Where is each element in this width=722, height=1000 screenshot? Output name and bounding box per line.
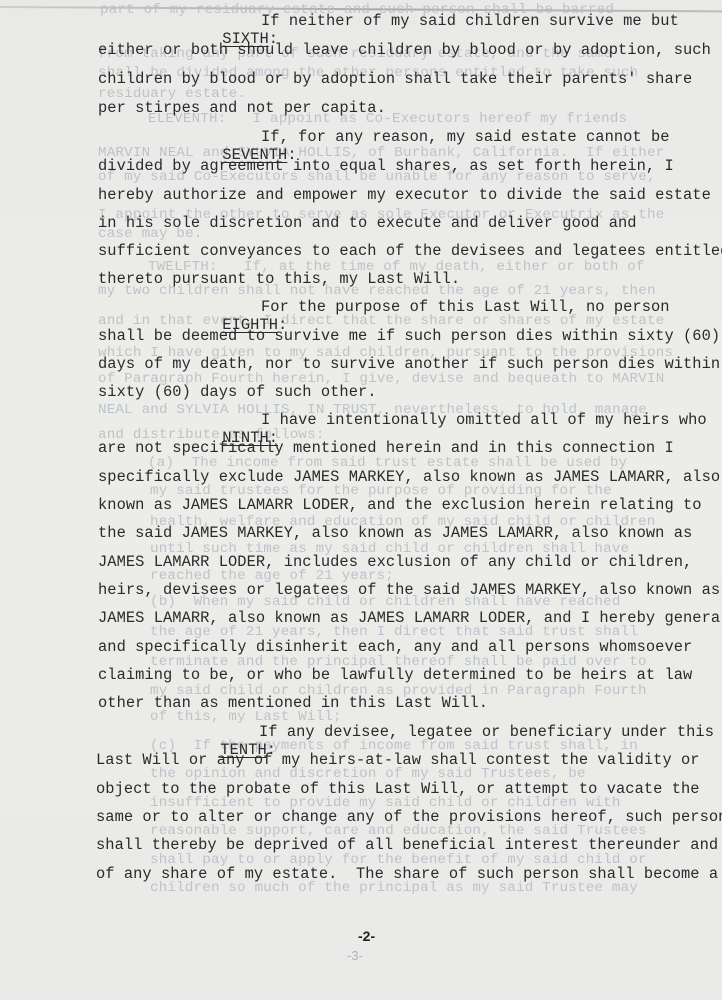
paragraph-line: Last Will or any of my heirs-at-law shal… [96,751,700,769]
paragraph-line: I have intentionally omitted all of my h… [261,411,707,429]
paragraph-line: shall thereby be deprived of all benefic… [96,836,718,854]
page-number: -2- [358,928,375,944]
paragraph-line: of any share of my estate. The share of … [96,865,718,883]
paragraph-line: are not specifically mentioned herein an… [98,439,674,457]
paragraph-line: If, for any reason, my said estate canno… [261,128,670,146]
paragraph-line: per stirpes and not per capita. [98,99,386,117]
paragraph-line: specifically exclude JAMES MARKEY, also … [98,468,720,486]
paragraph-line: days of my death, nor to survive another… [98,355,720,373]
paragraph-line: children by blood or by adoption shall t… [98,70,692,88]
paragraph-line: JAMES LAMARR, also known as JAMES LAMARR… [98,609,722,627]
paragraph-line: claiming to be, or who be lawfully deter… [98,666,692,684]
paragraph-line: object to the probate of this Last Will,… [96,780,700,798]
paragraph-line: divided by agreement into equal shares, … [98,157,674,175]
paragraph-line: sixty (60) days of such other. [98,383,377,401]
paragraph-line: the said JAMES MARKEY, also known as JAM… [98,524,692,542]
paragraph-line: If any devisee, legatee or beneficiary u… [259,723,714,741]
paragraph-line: known as JAMES LAMARR LODER, and the exc… [98,496,702,514]
bleed-through-page-number: -3- [347,948,363,963]
paragraph-line: either or both should leave children by … [98,41,711,59]
paragraph-line: heirs, devisees or legatees of the said … [98,581,720,599]
paragraph-line: sufficient conveyances to each of the de… [98,242,722,260]
paragraph-line: other than as mentioned in this Last Wil… [98,694,488,712]
will-body: SIXTH: If neither of my said children su… [0,0,722,1000]
paragraph-line: If neither of my said children survive m… [261,12,679,30]
paragraph-line: same or to alter or change any of the pr… [96,808,722,826]
paragraph-line: in his sole discretion and to execute an… [98,214,637,232]
paragraph-line: shall be deemed to survive me if such pe… [98,327,720,345]
paragraph-line: For the purpose of this Last Will, no pe… [261,298,670,316]
document-page: part of my residuary estate and such per… [0,0,722,1000]
paragraph-line: hereby authorize and empower my executor… [98,186,711,204]
paragraph-line: thereto pursuant to this, my Last Will. [98,270,460,288]
paragraph-line: and specifically disinherit each, any an… [98,638,692,656]
paragraph-line: JAMES LAMARR LODER, includes exclusion o… [98,553,692,571]
